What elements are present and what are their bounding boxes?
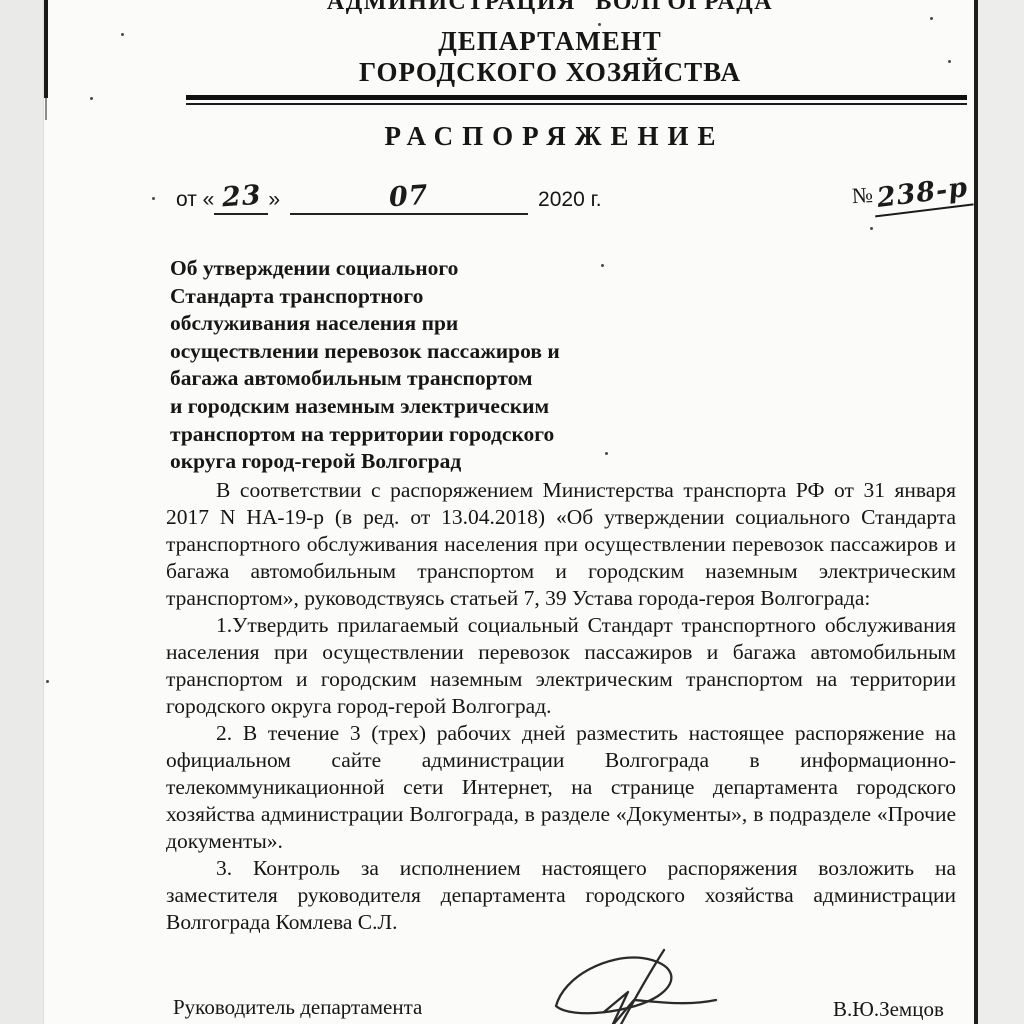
date-year: 2020 г. [538, 188, 601, 211]
date-quote-close: » [268, 188, 280, 211]
document-number: №238-р [851, 176, 973, 216]
department-name: ДЕПАРТАМЕНТ ГОРОДСКОГО ХОЗЯЙСТВА [130, 26, 970, 88]
handwritten-number: 238-р [871, 172, 974, 218]
handwritten-month: 07 [388, 180, 430, 214]
body-text: В соответствии с распоряжением Министерс… [166, 477, 956, 936]
paragraph-item-3: 3. Контроль за исполнением настоящего ра… [166, 855, 956, 936]
scan-margin-right [978, 0, 1024, 1024]
number-sign: № [851, 182, 873, 208]
date-month-slot: 07 [290, 182, 528, 215]
header-divider-rule [186, 95, 967, 105]
subject-block: Об утверждении социального Стандарта тра… [170, 255, 610, 476]
date-prefix: от « [176, 188, 214, 211]
paragraph-item-2: 2. В течение 3 (трех) рабочих дней разме… [166, 720, 956, 855]
department-name-line2: ГОРОДСКОГО ХОЗЯЙСТВА [130, 57, 970, 88]
signer-position-title: Руководитель департамента [173, 995, 422, 1020]
date-day-slot: 23 [214, 182, 268, 215]
department-name-line1: ДЕПАРТАМЕНТ [130, 26, 970, 57]
scan-margin-left [0, 0, 44, 1024]
org-name: АДМИНИСТРАЦИЯ ВОЛГОГРАДА [130, 0, 970, 15]
paragraph-item-1: 1.Утвердить прилагаемый социальный Станд… [166, 612, 956, 720]
paragraph-preamble: В соответствии с распоряжением Министерс… [166, 477, 956, 612]
handwritten-day: 23 [221, 180, 263, 214]
scan-edge-line-left-fade [45, 98, 47, 120]
date-line: от «23»072020 г. [176, 182, 602, 215]
signer-name: В.Ю.Земцов [833, 997, 944, 1022]
scanned-document-page: АДМИНИСТРАЦИЯ ВОЛГОГРАДА ДЕПАРТАМЕНТ ГОР… [0, 0, 1024, 1024]
scan-edge-line-left [44, 0, 48, 98]
signature-icon [546, 946, 722, 1024]
document-type-title: РАСПОРЯЖЕНИЕ [130, 121, 970, 152]
